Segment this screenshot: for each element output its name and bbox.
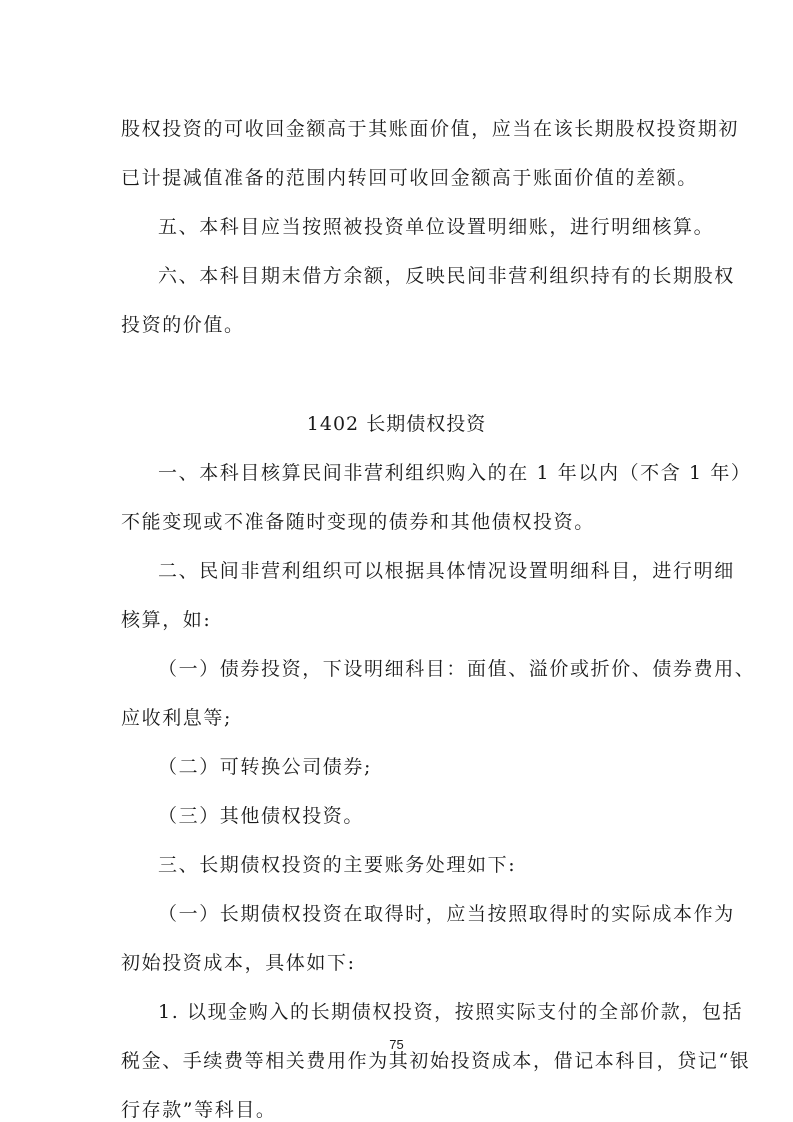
paragraph-line: 三、长期债权投资的主要账务处理如下: <box>158 853 718 877</box>
paragraph-line: 税金、手续费等相关费用作为其初始投资成本，借记本科目，贷记“银 <box>121 1049 681 1073</box>
paragraph-line: 五、本科目应当按照被投资单位设置明细账，进行明细核算。 <box>158 215 718 239</box>
document-page: 股权投资的可收回金额高于其账面价值，应当在该长期股权投资期初 已计提减值准备的范… <box>0 0 793 1122</box>
paragraph-line: 1. 以现金购入的长期债权投资，按照实际支付的全部价款，包括 <box>158 1000 718 1024</box>
paragraph-line: （一）长期债权投资在取得时，应当按照取得时的实际成本作为 <box>158 902 718 926</box>
paragraph-line: 应收利息等; <box>121 706 681 730</box>
paragraph-line: 初始投资成本，具体如下: <box>121 951 681 975</box>
paragraph-line: 一、本科目核算民间非营利组织购入的在 1 年以内（不含 1 年） <box>158 461 718 485</box>
paragraph-line: 投资的价值。 <box>121 313 681 337</box>
paragraph-line: 核算，如: <box>121 608 681 632</box>
paragraph-line: （一）债券投资，下设明细科目：面值、溢价或折价、债券费用、 <box>158 657 718 681</box>
paragraph-line: 已计提减值准备的范围内转回可收回金额高于账面价值的差额。 <box>121 166 681 190</box>
page-number: 75 <box>0 1037 793 1052</box>
paragraph-line: 股权投资的可收回金额高于其账面价值，应当在该长期股权投资期初 <box>121 117 681 141</box>
paragraph-line: 行存款”等科目。 <box>121 1098 681 1122</box>
paragraph-line: （三）其他债权投资。 <box>158 804 718 828</box>
paragraph-line: 六、本科目期末借方余额，反映民间非营利组织持有的长期股权 <box>158 264 718 288</box>
paragraph-line: 二、民间非营利组织可以根据具体情况设置明细科目，进行明细 <box>158 559 718 583</box>
section-heading: 1402 长期债权投资 <box>0 412 793 436</box>
paragraph-line: （二）可转换公司债券; <box>158 755 718 779</box>
paragraph-line: 不能变现或不准备随时变现的债券和其他债权投资。 <box>121 510 681 534</box>
